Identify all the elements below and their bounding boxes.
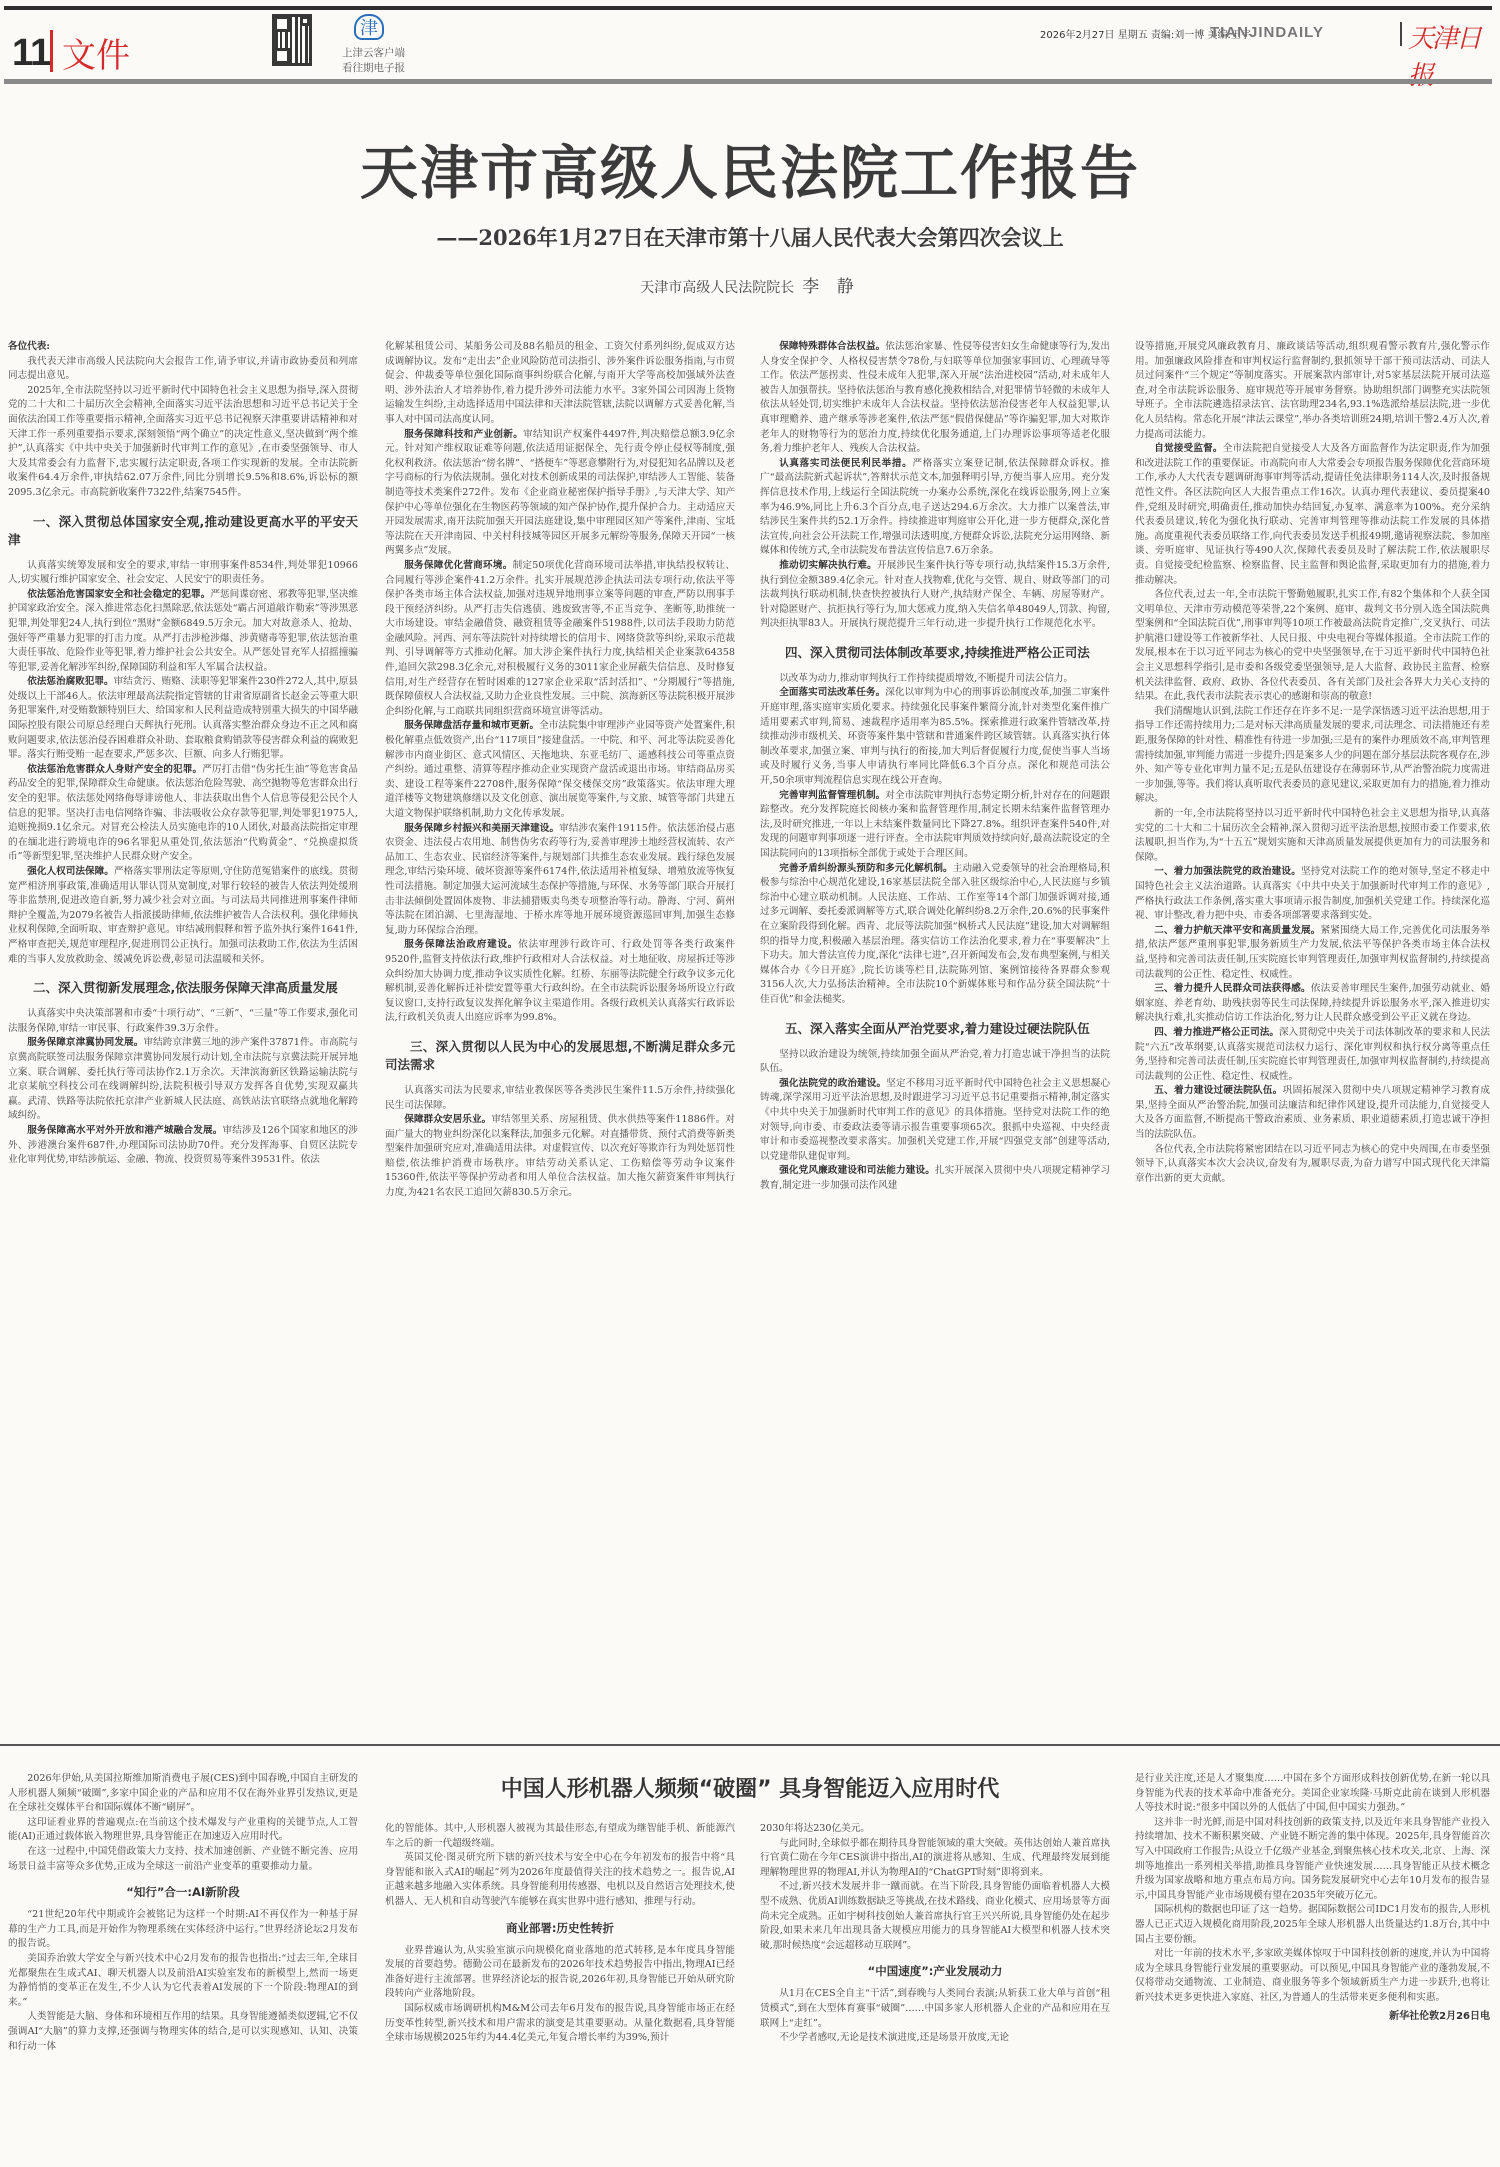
paragraph: 全面落实司法改革任务。深化以审判为中心的刑事诉讼制度改革,加强二审案件开庭审理,…: [760, 686, 1110, 788]
page-number: 11: [12, 32, 50, 75]
paragraph-lead: 认真落实司法便民利民举措。: [779, 458, 912, 469]
paragraph-lead: 自觉接受监督。: [1154, 443, 1223, 454]
paragraph: 完善审判监督管理机制。对全市法院审判执行态势定期分析,针对存在的问题跟踪整改。充…: [760, 789, 1110, 862]
paragraph: 一、着力加强法院党的政治建设。坚持党对法院工作的绝对领导,坚定不移走中国特色社会…: [1135, 865, 1490, 923]
app-caption: 上津云客户端 看往期电子报: [342, 46, 405, 76]
paragraph-lead: 二、着力护航天津平安和高质量发展。: [1154, 925, 1320, 936]
masthead: 11 文件 津 上津云客户端 看往期电子报 2026年2月27日 星期五 责编:…: [0, 10, 1500, 78]
masthead-bottom-rule: [4, 79, 1492, 84]
paragraph-lead: 服务保障京津冀协同发展。: [27, 1037, 143, 1048]
paragraph-lead: 服务保障盘活存量和城市更新。: [404, 720, 539, 731]
paragraph: 对比一年前的技术水平,多家欧美媒体惊叹于中国科技创新的速度,并认为中国将成为全球…: [1135, 1947, 1490, 2005]
paragraph-lead: 依法惩治危害群众人身财产安全的犯罪。: [27, 764, 202, 775]
paragraph: 服务保障优化营商环境。制定50项优化营商环境司法举措,审执结投权转让、合同履行等…: [385, 559, 735, 720]
qr-code-icon[interactable]: [272, 14, 312, 66]
report-column-2: 化解某租赁公司、某船务公司及88名船员的租金、工资欠付系列纠纷,促成双方达成调解…: [385, 340, 735, 1735]
report-column-4: 设等措施,开展党风廉政教育月、廉政谈话等活动,组织观看警示教育片,强化警示作用。…: [1135, 340, 1490, 1735]
paragraph: 服务保障京津冀协同发展。审结跨京津冀三地的涉产案件37871件。市高院与京冀高院…: [8, 1036, 358, 1124]
paragraph: 二、着力护航天津平安和高质量发展。紧紧围绕大局工作,完善优化司法服务举措,依法严…: [1135, 924, 1490, 982]
paragraph: 认真落实司法便民利民举措。严格落实立案登记制,依法保障群众诉权。推广“最高法院新…: [760, 457, 1110, 559]
paragraph: 服务保障科技和产业创新。审结知识产权案件4497件,判决赔偿总额3.9亿余元。针…: [385, 428, 735, 559]
paragraph: 这并非一时光鲜,而是中国对科技创新的政策支持,以及近年来具身智能产业投入持续增加…: [1135, 1816, 1490, 1904]
paragraph-lead: 五、着力建设过硬法院队伍。: [1154, 1085, 1283, 1096]
paragraph: 英国艾伦·图灵研究所下辖的新兴技术与安全中心在今年初发布的报告中将“具身智能和嵌…: [385, 1851, 735, 1909]
paragraph: 不过,新兴技术发展并非一蹴而就。在当下阶段,具身智能仍面临着机器人大模型不成熟、…: [760, 1880, 1110, 1953]
paragraph: 三、着力提升人民群众司法获得感。依法妥善审理民生案件,加强劳动就业、婚姻家庭、养…: [1135, 982, 1490, 1026]
paragraph: 保障特殊群体合法权益。依法惩治家暴、性侵等侵害妇女生命健康等行为,发出人身安全保…: [760, 340, 1110, 457]
news-column-2: 化的智能体。其中,人形机器人被视为其最佳形态,有望成为继智能手机、新能源汽车之后…: [385, 1822, 735, 2162]
app-cloud-logo-icon: 津: [354, 14, 384, 40]
paragraph: 认真落实中央决策部署和市委“十项行动”、“三新”、“三量”等工作要求,强化司法服…: [8, 1007, 358, 1036]
paragraph: 强化党风廉政建设和司法能力建设。扎实开展深入贯彻中央八项规定精神学习教育,制定进…: [760, 1164, 1110, 1193]
paragraph: 自觉接受监督。全市法院把自觉接受人大及各方面监督作为法定职责,作为加强和改进法院…: [1135, 442, 1490, 588]
logo-separator: [1400, 22, 1402, 46]
paragraph-lead: 服务保障科技和产业创新。: [404, 429, 523, 440]
paragraph: 化的智能体。其中,人形机器人被视为其最佳形态,有望成为继智能手机、新能源汽车之后…: [385, 1822, 735, 1851]
paragraph-lead: 强化党风廉政建设和司法能力建设。: [779, 1165, 935, 1176]
paragraph: 以改革为动力,推动审判执行工作持续提质增效,不断提升司法公信力。: [760, 672, 1110, 687]
paragraph: 保障群众安居乐业。审结邻里关系、房屋租赁、供水供热等案件11886件。对面广量大…: [385, 1113, 735, 1201]
paragraph: 各位代表,过去一年,全市法院干警勤勉履职,扎实工作,有82个集体和个人获全国文明…: [1135, 588, 1490, 705]
paragraph: 业界普遍认为,从实验室演示向规模化商业落地的范式转移,是本年度具身智能发展的首要…: [385, 1944, 735, 2002]
section-heading: 二、深入贯彻新发展理念,依法服务保障天津高质量发展: [8, 979, 358, 997]
paragraph-lead: 各位代表:: [8, 341, 50, 352]
paragraph-lead: 强化人权司法保障。: [27, 866, 114, 877]
page-number-separator: [50, 30, 53, 72]
paragraph: 五、着力建设过硬法院队伍。巩固拓展深入贯彻中央八项规定精神学习教育成果,坚持全面…: [1135, 1084, 1490, 1142]
paragraph: 不少学者感叹,无论是技术演进度,还是场景开放度,无论: [760, 2031, 1110, 2046]
news-dateline: 新华社伦敦2月26日电: [1135, 2010, 1490, 2025]
news-column-3: 2030年将达230亿美元。与此同时,全球似乎都在期待具身智能领域的重大突破。英…: [760, 1822, 1110, 2162]
section-heading: 三、深入贯彻以人民为中心的发展思想,不断满足群众多元司法需求: [385, 1038, 735, 1074]
paragraph: 我们清醒地认识到,法院工作还存在许多不足:一是学深悟透习近平法治思想,用于指导工…: [1135, 705, 1490, 807]
paragraph-lead: 推动切实解决执行难。: [779, 560, 877, 571]
paragraph: 服务保障乡村振兴和美丽天津建设。审结涉农案件19115件。依法惩治侵占惠农资金、…: [385, 822, 735, 939]
paragraph: 人类智能是大脑、身体和环境相互作用的结果。具身智能遵循类似逻辑,它不仅强调AI“…: [8, 2010, 358, 2054]
news-column-1: 2026年伊始,从美国拉斯维加斯消费电子展(CES)到中国春晚,中国自主研发的人…: [8, 1772, 358, 2162]
section-heading: 四、深入贯彻司法体制改革要求,持续推进严格公正司法: [760, 644, 1110, 662]
section-name: 文件: [62, 28, 130, 77]
article-subtitle: ——2026年1月27日在天津市第十八届人民代表大会第四次会议上: [0, 222, 1500, 252]
paragraph-lead: 完善审判监督管理机制。: [779, 790, 885, 801]
paragraph: 设等措施,开展党风廉政教育月、廉政谈话等活动,组织观看警示教育片,强化警示作用。…: [1135, 340, 1490, 442]
paragraph: 这印证着业界的普遍观点:在当前这个技术爆发与产业重构的关键节点,人工智能(AI)…: [8, 1816, 358, 1845]
paragraph: 完善矛盾纠纷源头预防和多元化解机制。主动融入党委领导的社会治理格局,积极参与综治…: [760, 862, 1110, 1008]
paragraph: 2026年伊始,从美国拉斯维加斯消费电子展(CES)到中国春晚,中国自主研发的人…: [8, 1772, 358, 1816]
paragraph: 坚持以政治建设为统领,持续加强全面从严治党,着力打造忠诚干净担当的法院队伍。: [760, 1048, 1110, 1077]
paragraph: 认真落实司法为民要求,审结业教保医等各类涉民生案件11.5万余件,持续强化民生司…: [385, 1084, 735, 1113]
report-column-3: 保障特殊群体合法权益。依法惩治家暴、性侵等侵害妇女生命健康等行为,发出人身安全保…: [760, 340, 1110, 1735]
paragraph: 各位代表:: [8, 340, 358, 355]
news-article-title: 中国人形机器人频频“破圈” 具身智能迈入应用时代: [380, 1772, 1120, 1803]
paragraph: 服务保障法治政府建设。依法审理涉行政许可、行政处罚等各类行政案件9520件,监督…: [385, 938, 735, 1026]
paragraph: 2030年将达230亿美元。: [760, 1822, 1110, 1837]
paragraph-lead: 强化法院党的政治建设。: [779, 1078, 886, 1089]
byline-role: 天津市高级人民法院院长: [640, 280, 794, 296]
paragraph: 各位代表,全市法院将紧密团结在以习近平同志为核心的党中央周围,在市委坚强领导下,…: [1135, 1143, 1490, 1187]
section-heading: 商业部署:历史性转折: [385, 1920, 735, 1936]
section-heading: “中国速度”:产业发展动力: [760, 1963, 1110, 1979]
news-column-4: 是行业关注度,还是人才聚集度……中国在多个方面形成科技创新优势,在新一轮以具身智…: [1135, 1772, 1490, 2167]
paragraph-lead: 依法惩治腐败犯罪。: [27, 676, 113, 687]
paragraph: 推动切实解决执行难。开展涉民生案件执行等专项行动,执结案件15.3万余件,执行到…: [760, 559, 1110, 632]
paragraph: 从1月在CES全自主“干活”,到春晚与人类同台表演;从斩获工业大单与首创“租赁模…: [760, 1987, 1110, 2031]
paragraph: 依法惩治危害群众人身财产安全的犯罪。严厉打击借“伪劣托生油”等危害食品药品安全的…: [8, 763, 358, 865]
english-newspaper-name: TIANJINDAILY: [1210, 24, 1324, 41]
paragraph: 在这一过程中,中国凭借政策大力支持、技术加速创新、产业链不断完善、应用场景日益丰…: [8, 1845, 358, 1874]
paragraph-lead: 完善矛盾纠纷源头预防和多元化解机制。: [779, 863, 953, 874]
paragraph-lead: 全面落实司法改革任务。: [779, 687, 885, 698]
paragraph: 服务保障高水平对外开放和港产城融合发展。审结涉及126个国家和地区的涉外、涉港澳…: [8, 1124, 358, 1168]
article-title: 天津市高级人民法院工作报告: [0, 126, 1500, 210]
paragraph: 新的一年,全市法院将坚持以习近平新时代中国特色社会主义思想为指导,认真落实党的二…: [1135, 807, 1490, 865]
paragraph-lead: 保障特殊群体合法权益。: [779, 341, 885, 352]
paragraph-lead: 三、着力提升人民群众司法获得感。: [1154, 983, 1311, 994]
paragraph-lead: 四、着力推进严格公正司法。: [1154, 1027, 1279, 1038]
section-heading: 五、深入落实全面从严治党要求,着力建设过硬法院队伍: [760, 1020, 1110, 1038]
paragraph-lead: 保障群众安居乐业。: [404, 1114, 491, 1125]
app-caption-line2: 看往期电子报: [342, 61, 405, 76]
paragraph-lead: 依法惩治危害国家安全和社会稳定的犯罪。: [27, 589, 210, 600]
paragraph: 2025年,全市法院坚持以习近平新时代中国特色社会主义思想为指导,深入贯彻党的二…: [8, 384, 358, 501]
paragraph: 强化法院党的政治建设。坚定不移用习近平新时代中国特色社会主义思想凝心铸魂,深学深…: [760, 1077, 1110, 1165]
paragraph: 服务保障盘活存量和城市更新。全市法院集中审理涉产业园等资产处置案件,积极化解重点…: [385, 719, 735, 821]
byline-name: 李 静: [802, 277, 859, 297]
paragraph: 认真落实统筹发展和安全的要求,审结一审刑事案件8534件,判处罪犯10966人,…: [8, 559, 358, 588]
paragraph: 依法惩治腐败犯罪。审结贪污、贿赂、渎职等犯罪案件230件272人,其中,原县处级…: [8, 675, 358, 763]
paragraph: 国际权威市场调研机构M&M公司去年6月发布的报告说,具身智能市场正在经历变革性转…: [385, 2002, 735, 2046]
paragraph: 美国乔治敦大学安全与新兴技术中心2月发布的报告也指出:“过去三年,全球目光都聚焦…: [8, 1952, 358, 2010]
paragraph: 强化人权司法保障。严格落实罪刑法定等原则,守住防范冤错案件的底线。贯彻宽严相济刑…: [8, 865, 358, 967]
paragraph-lead: 服务保障优化营商环境。: [404, 560, 512, 571]
paragraph: “21世纪20年代中期或许会被铭记为这样一个时期:AI不再仅作为一种基于屏幕的生…: [8, 1908, 358, 1952]
byline: 天津市高级人民法院院长李 静: [0, 272, 1500, 297]
article-divider: [0, 1744, 1500, 1746]
app-caption-line1: 上津云客户端: [342, 46, 405, 61]
paragraph: 国际机构的数据也印证了这一趋势。据国际数据公司IDC1月发布的报告,人形机器人已…: [1135, 1903, 1490, 1947]
paragraph: 是行业关注度,还是人才聚集度……中国在多个方面形成科技创新优势,在新一轮以具身智…: [1135, 1772, 1490, 1816]
report-column-1: 各位代表:我代表天津市高级人民法院向大会报告工作,请予审议,并请市政协委员和列席…: [8, 340, 358, 1735]
paragraph-lead: 一、着力加强法院党的政治建设。: [1154, 866, 1301, 877]
paragraph: 与此同时,全球似乎都在期待具身智能领域的重大突破。英伟达创始人兼首席执行官黄仁勋…: [760, 1837, 1110, 1881]
paragraph-lead: 服务保障高水平对外开放和港产城融合发展。: [27, 1125, 222, 1136]
section-heading: “知行”合一:AI新阶段: [8, 1884, 358, 1900]
paragraph-lead: 服务保障法治政府建设。: [404, 939, 518, 950]
paragraph-lead: 服务保障乡村振兴和美丽天津建设。: [404, 823, 559, 834]
section-heading: 一、深入贯彻总体国家安全观,推动建设更高水平的平安天津: [8, 513, 358, 549]
paragraph: 四、着力推进严格公正司法。深入贯彻党中央关于司法体制改革的要求和人民法院“六五”…: [1135, 1026, 1490, 1084]
paragraph: 我代表天津市高级人民法院向大会报告工作,请予审议,并请市政协委员和列席同志提出意…: [8, 355, 358, 384]
paragraph: 化解某租赁公司、某船务公司及88名船员的租金、工资欠付系列纠纷,促成双方达成调解…: [385, 340, 735, 428]
paragraph: 依法惩治危害国家安全和社会稳定的犯罪。严惩间谍窃密、邪教等犯罪,坚决维护国家政治…: [8, 588, 358, 676]
